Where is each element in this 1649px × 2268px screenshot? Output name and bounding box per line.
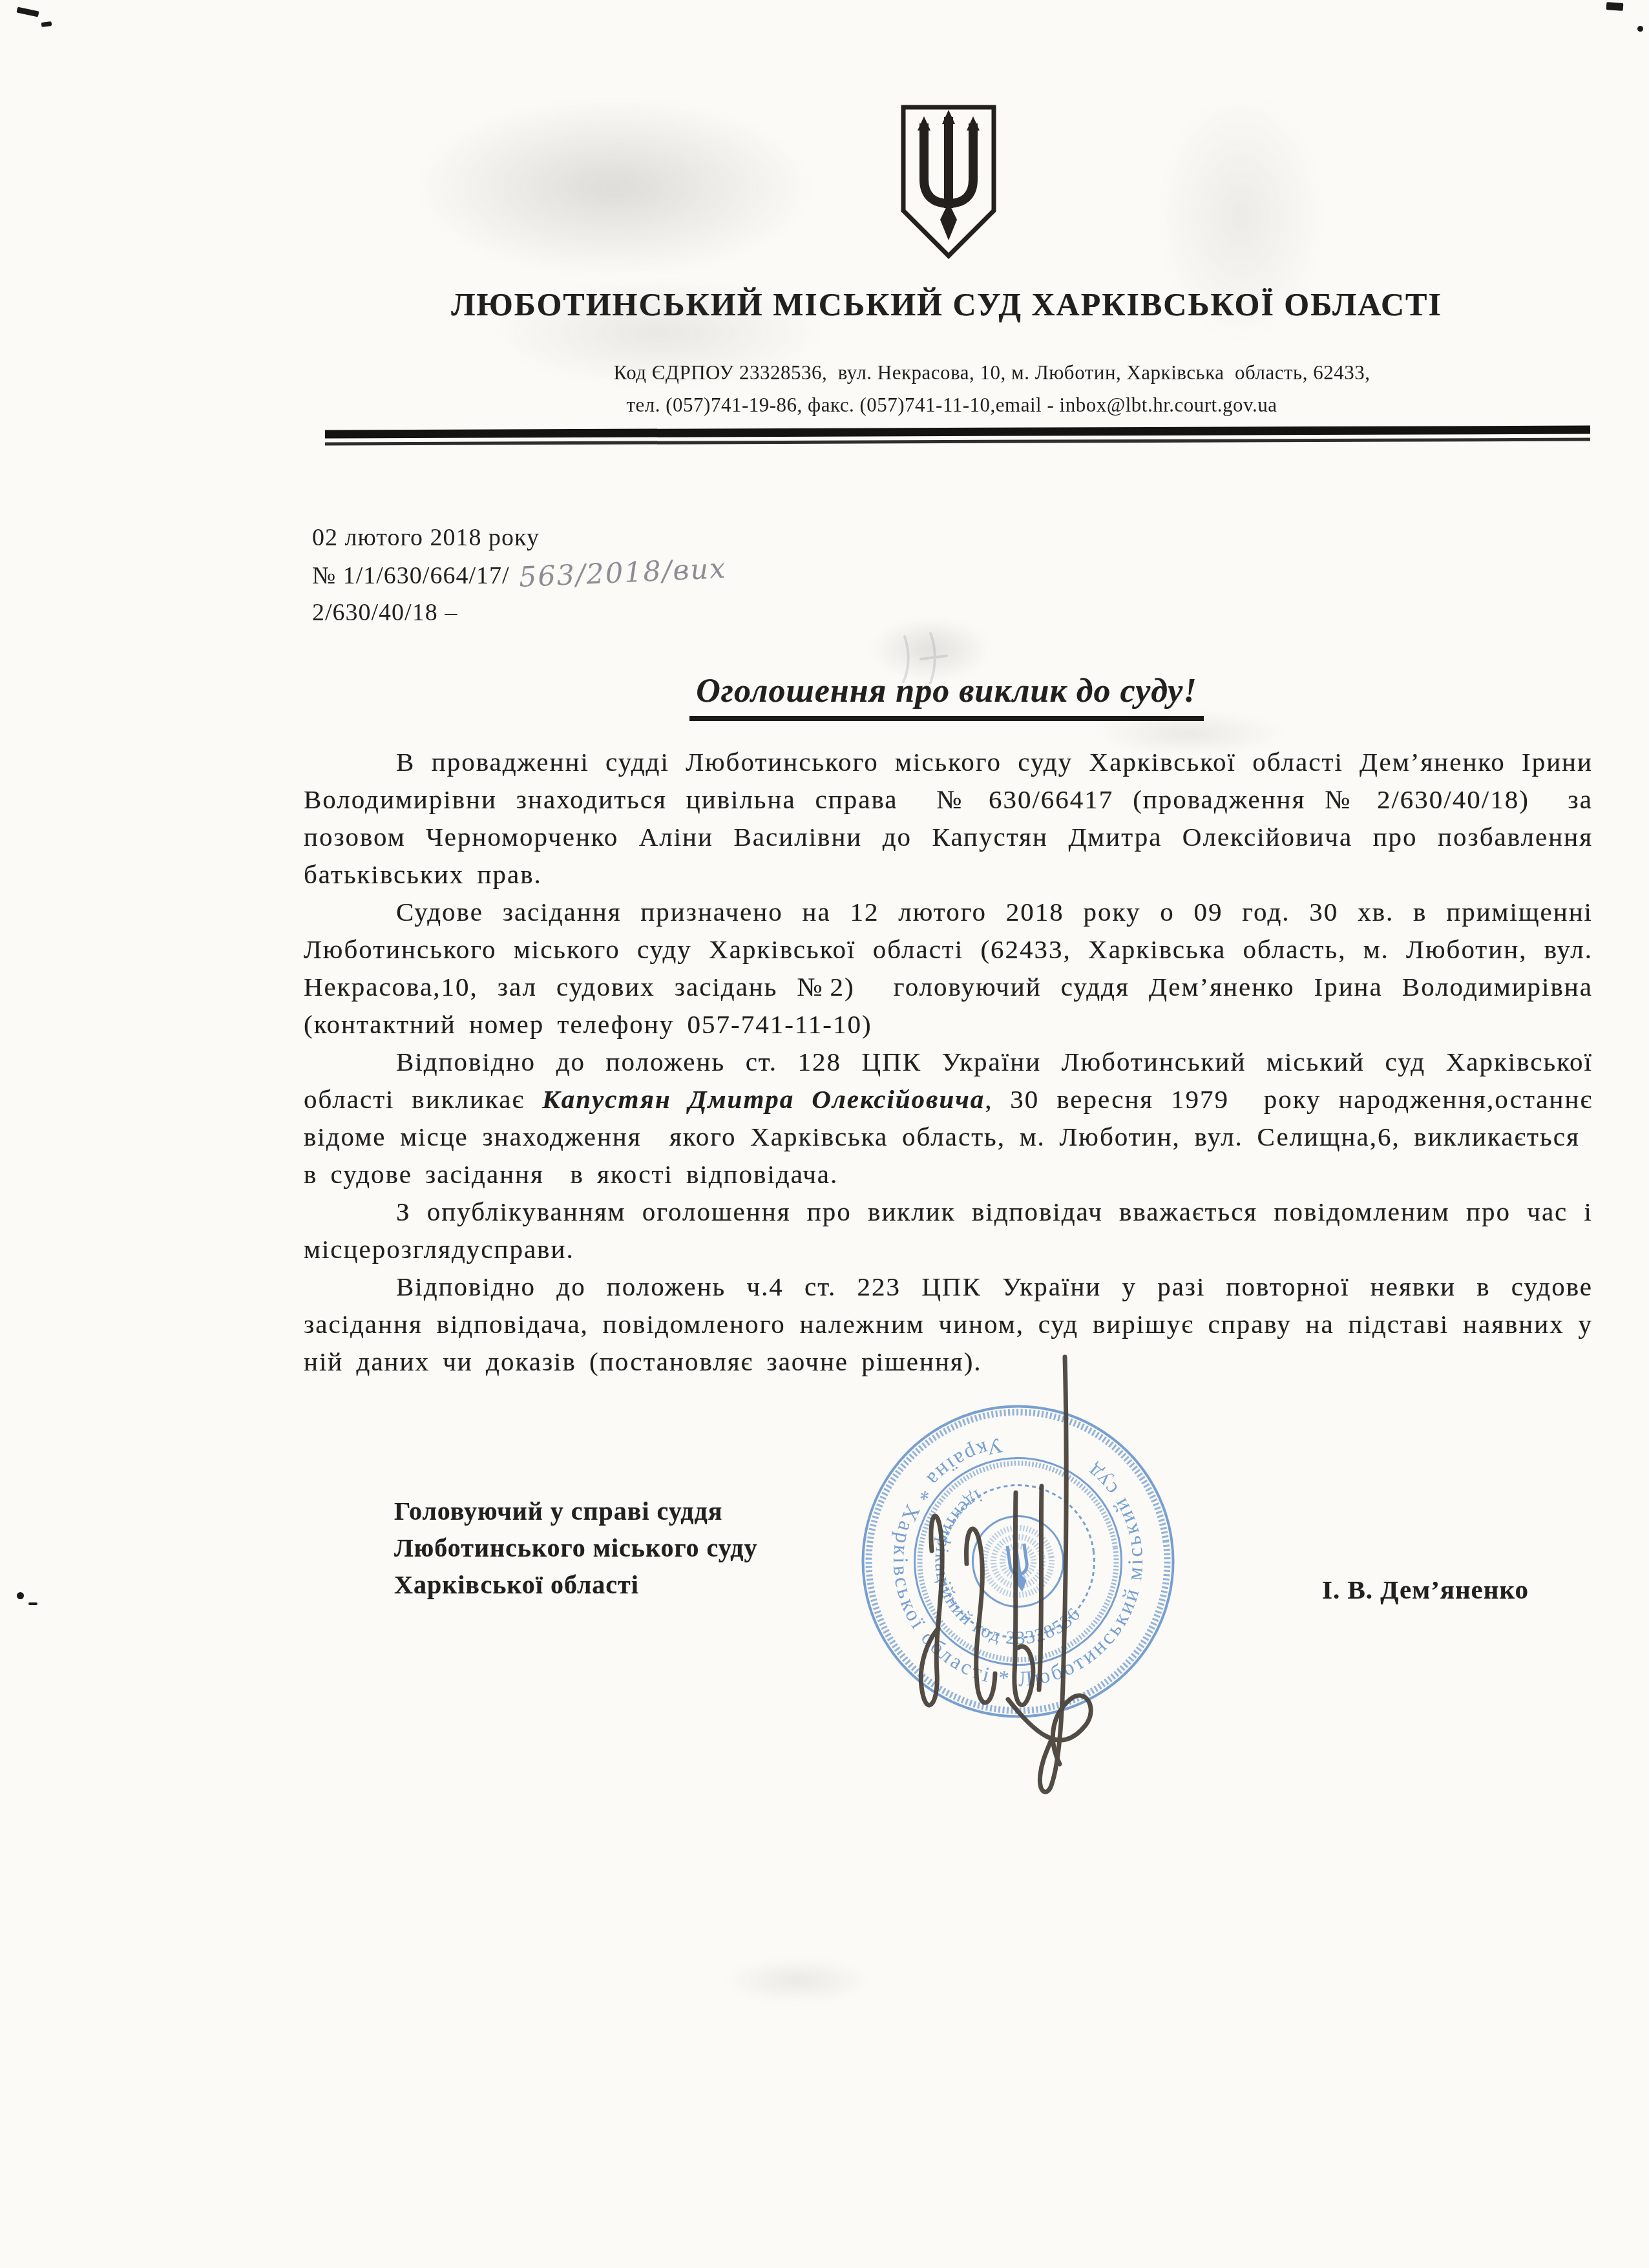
outgoing-number-line: № 1/1/630/664/17/563/2018/вих <box>312 556 726 594</box>
header-rule-thick <box>325 426 1590 439</box>
body-paragraph-1: В провадженні судді Люботинського місько… <box>304 743 1593 893</box>
handwritten-registry-number: 563/2018/вих <box>518 551 727 596</box>
judge-handwritten-signature <box>814 1338 1266 1829</box>
letter-body: В провадженні судді Люботинського місько… <box>304 743 1593 1380</box>
signature-block-line2: Люботинського міського суду <box>394 1529 758 1566</box>
scan-smudge <box>414 97 814 278</box>
header-double-rule <box>325 426 1590 446</box>
scan-speck <box>1606 2 1624 11</box>
scan-smudge <box>724 1958 872 2003</box>
body-paragraph-2: Судове засідання призначено на 12 лютого… <box>304 893 1593 1043</box>
signature-block-line3: Харківської області <box>394 1566 758 1603</box>
court-address-block: Код ЄДРПОУ 23328536, вул. Некрасова, 10,… <box>271 357 1622 421</box>
scan-speck <box>1637 26 1643 32</box>
case-number: 2/630/40/18 – <box>312 594 726 631</box>
scan-speck <box>17 1592 24 1599</box>
signature-block-line1: Головуючий у справі суддя <box>394 1493 758 1529</box>
signature-block: Головуючий у справі суддя Люботинського … <box>394 1493 758 1603</box>
trident-prongs <box>924 121 973 204</box>
trident-base-point <box>940 202 957 240</box>
reference-block: 02 лютого 2018 року № 1/1/630/664/17/563… <box>312 520 726 631</box>
letter-date: 02 лютого 2018 року <box>312 520 726 556</box>
outgoing-number: № 1/1/630/664/17/ <box>312 562 510 589</box>
scanned-court-letter-page: ЛЮБОТИНСЬКИЙ МІСЬКИЙ СУД ХАРКІВСЬКОЇ ОБЛ… <box>0 0 1649 2268</box>
judge-name: І. В. Дем’яненко <box>1322 1574 1529 1605</box>
defendant-name-emphasis: Капустян Дмитра Олексійовича <box>542 1084 985 1114</box>
body-paragraph-4: З опублікуванням оголошення про виклик в… <box>304 1193 1593 1268</box>
pencil-ghost-mark <box>885 624 989 688</box>
court-address-line1: Код ЄДРПОУ 23328536, вул. Некрасова, 10,… <box>317 357 1649 389</box>
body-paragraph-3: Відповідно до положень ст. 128 ЦПК Украї… <box>304 1043 1593 1193</box>
ukraine-trident-emblem <box>884 102 1013 261</box>
court-name-title: ЛЮБОТИНСЬКИЙ МІСЬКИЙ СУД ХАРКІВСЬКОЇ ОБЛ… <box>271 286 1622 323</box>
court-address-line2: тел. (057)741-19-86, факс. (057)741-11-1… <box>277 389 1627 421</box>
scan-speck <box>16 7 39 17</box>
scan-speck <box>28 1602 37 1605</box>
scan-speck <box>41 21 52 27</box>
header-rule-thin <box>325 438 1590 446</box>
